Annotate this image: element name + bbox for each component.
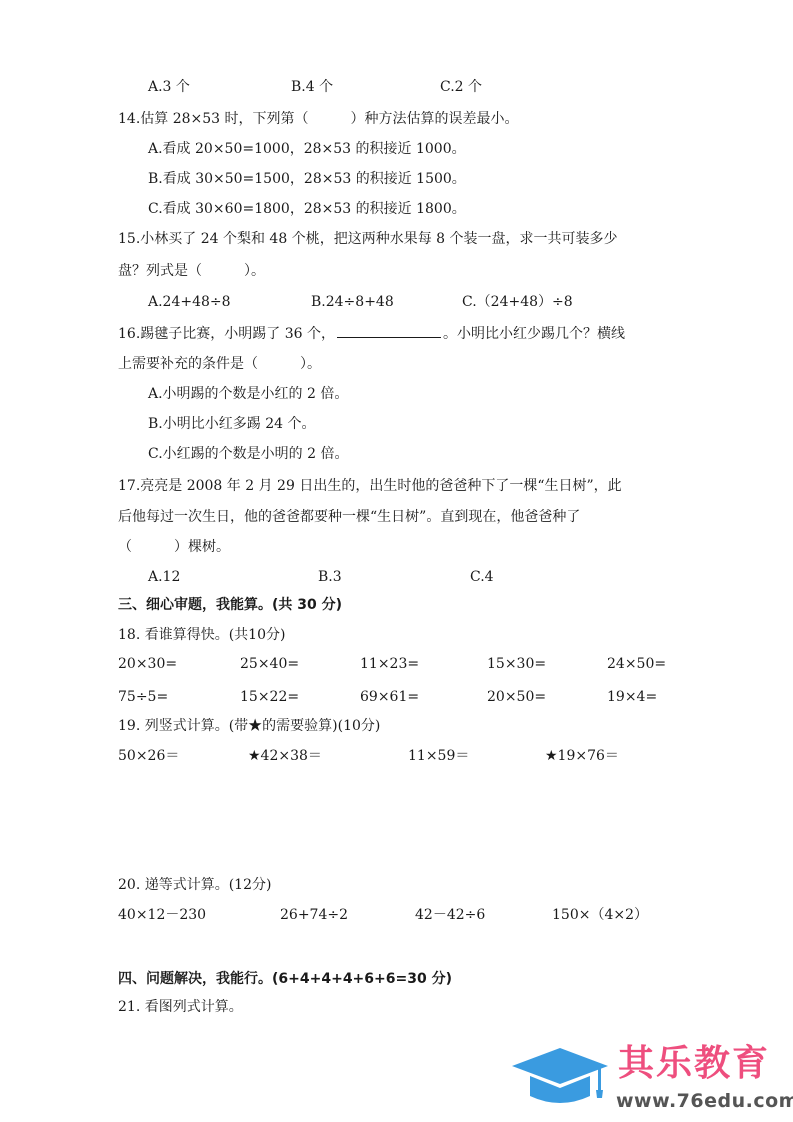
- q13-option-a: A.3 个: [148, 78, 190, 96]
- q16-stem-post: 。小明比小红少踢几个？横线: [443, 326, 625, 342]
- q19-item-3: 11×59＝: [408, 747, 469, 765]
- q20-item-2: 26+74÷2: [280, 906, 348, 924]
- q17-stem-line3: （ ）棵树。: [118, 538, 230, 556]
- q20-title: 20. 递等式计算。(12分): [118, 876, 271, 894]
- q16-stem-line2: 上需要补充的条件是（ ）。: [118, 355, 321, 373]
- q16-stem-pre: 16.踢毽子比赛，小明踢了 36 个，: [118, 326, 335, 342]
- q16-option-c: C.小红踢的个数是小明的 2 倍。: [148, 445, 348, 463]
- q18-r2-c5: 19×4=: [607, 688, 657, 706]
- q14-stem: 14.估算 28×53 时，下列第（ ）种方法估算的误差最小。: [118, 110, 519, 128]
- q15-option-c: C.（24+48）÷8: [462, 293, 573, 311]
- q21-title: 21. 看图列式计算。: [118, 998, 243, 1016]
- q19-item-1: 50×26＝: [118, 747, 179, 765]
- q15-stem-line1: 15.小林买了 24 个梨和 48 个桃，把这两种水果每 8 个装一盘，求一共可…: [118, 230, 618, 248]
- section3-heading: 三、细心审题，我能算。(共 30 分): [118, 596, 342, 614]
- q16-option-a: A.小明踢的个数是小红的 2 倍。: [148, 385, 348, 403]
- q18-title: 18. 看谁算得快。(共10分): [118, 626, 285, 644]
- q14-option-b: B.看成 30×50=1500，28×53 的积接近 1500。: [148, 170, 466, 188]
- q17-option-c: C.4: [470, 568, 494, 586]
- q14-option-c: C.看成 30×60=1800，28×53 的积接近 1800。: [148, 200, 466, 218]
- q17-option-a: A.12: [148, 568, 180, 586]
- q15-stem-line2: 盘？列式是（ ）。: [118, 262, 265, 280]
- q18-r1-c1: 20×30=: [118, 655, 177, 673]
- q18-r1-c3: 11×23=: [360, 655, 419, 673]
- graduation-cap-icon: [510, 1044, 610, 1114]
- q17-option-b: B.3: [318, 568, 342, 586]
- q19-item-4: ★19×76＝: [545, 747, 619, 765]
- q20-item-3: 42－42÷6: [415, 906, 485, 924]
- section4-heading: 四、问题解决，我能行。(6+4+4+4+6+6=30 分): [118, 970, 452, 988]
- q16-blank-line: [337, 323, 441, 338]
- q15-option-b: B.24÷8+48: [311, 293, 394, 311]
- q18-r2-c4: 20×50=: [487, 688, 546, 706]
- q13-option-c: C.2 个: [440, 78, 482, 96]
- q18-r2-c1: 75÷5=: [118, 688, 168, 706]
- q14-option-a: A.看成 20×50=1000，28×53 的积接近 1000。: [148, 140, 466, 158]
- q16-stem-line1: 16.踢毽子比赛，小明踢了 36 个，。小明比小红少踢几个？横线: [118, 323, 625, 343]
- q20-item-4: 150×（4×2）: [552, 906, 648, 924]
- q13-option-b: B.4 个: [291, 78, 333, 96]
- q18-r1-c2: 25×40=: [240, 655, 299, 673]
- q16-option-b: B.小明比小红多踢 24 个。: [148, 415, 315, 433]
- q19-title: 19. 列竖式计算。(带★的需要验算)(10分): [118, 717, 380, 735]
- q18-r1-c4: 15×30=: [487, 655, 546, 673]
- q15-option-a: A.24+48÷8: [148, 293, 231, 311]
- q17-stem-line2: 后他每过一次生日，他的爸爸都要种一棵“生日树”。直到现在，他爸爸种了: [118, 508, 580, 526]
- q18-r1-c5: 24×50=: [607, 655, 666, 673]
- q18-r2-c2: 15×22=: [240, 688, 299, 706]
- watermark-logo: 其乐教育 www.76edu.com: [510, 1040, 790, 1120]
- logo-title: 其乐教育: [618, 1044, 770, 1084]
- q18-r2-c3: 69×61=: [360, 688, 419, 706]
- logo-url: www.76edu.com: [616, 1090, 793, 1112]
- q19-item-2: ★42×38＝: [248, 747, 322, 765]
- q20-item-1: 40×12－230: [118, 906, 206, 924]
- q17-stem-line1: 17.亮亮是 2008 年 2 月 29 日出生的，出生时他的爸爸种下了一棵“生…: [118, 477, 622, 495]
